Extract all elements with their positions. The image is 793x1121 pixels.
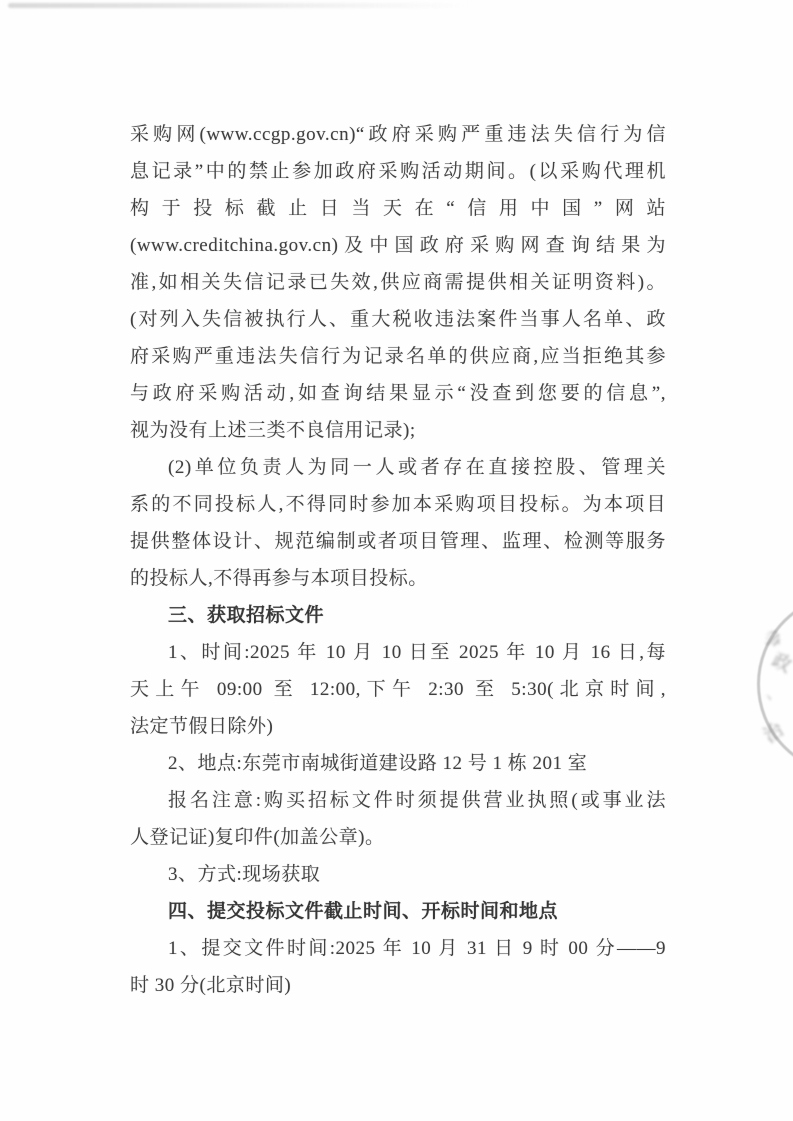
text-line: 天上午 09:00 至 12:00,下午 2:30 至 5:30(北京时间, [130, 671, 666, 708]
text-line: (www.creditchina.gov.cn)及中国政府采购网查询结果为 [130, 227, 666, 264]
seal-glyph: 治 [757, 715, 788, 748]
text-line: (对列入失信被执行人、重大税收违法案件当事人名单、政 [130, 301, 666, 338]
scan-artifact-streak [8, 3, 470, 8]
text-line: 三、获取招标文件 [130, 597, 666, 634]
partial-stamp-seal: 争 政 丶 治 [757, 593, 793, 775]
text-line: 息记录”中的禁止参加政府采购活动期间。(以采购代理机 [130, 153, 666, 190]
text-line: (2)单位负责人为同一人或者存在直接控股、管理关 [130, 449, 666, 486]
text-line: 采购网(www.ccgp.gov.cn)“政府采购严重违法失信行为信 [130, 116, 666, 153]
text-line: 准,如相关失信记录已失效,供应商需提供相关证明资料)。 [130, 264, 666, 301]
text-line: 法定节假日除外) [130, 708, 666, 745]
text-line: 构于投标截止日当天在“信用中国”网站 [130, 190, 666, 227]
document-text-block: 采购网(www.ccgp.gov.cn)“政府采购严重违法失信行为信息记录”中的… [130, 116, 666, 1004]
text-line: 提供整体设计、规范编制或者项目管理、监理、检测等服务 [130, 523, 666, 560]
text-line: 时 30 分(北京时间) [130, 967, 666, 1004]
text-line: 四、提交投标文件截止时间、开标时间和地点 [130, 893, 666, 930]
text-line: 府采购严重违法失信行为记录名单的供应商,应当拒绝其参 [130, 338, 666, 375]
text-line: 1、时间:2025 年 10 月 10 日至 2025 年 10 月 16 日,… [130, 634, 666, 671]
text-line: 2、地点:东莞市南城街道建设路 12 号 1 栋 201 室 [130, 745, 666, 782]
text-line: 视为没有上述三类不良信用记录); [130, 412, 666, 449]
text-line: 与政府采购活动,如查询结果显示“没查到您要的信息”, [130, 375, 666, 412]
text-line: 系的不同投标人,不得同时参加本采购项目投标。为本项目 [130, 486, 666, 523]
text-line: 3、方式:现场获取 [130, 856, 666, 893]
seal-glyph: 丶 [761, 688, 775, 708]
text-line: 人登记证)复印件(加盖公章)。 [130, 819, 666, 856]
text-line: 报名注意:购买招标文件时须提供营业执照(或事业法 [130, 782, 666, 819]
text-line: 1、提交文件时间:2025 年 10 月 31 日 9 时 00 分——9 [130, 930, 666, 967]
scanned-document-page: 采购网(www.ccgp.gov.cn)“政府采购严重违法失信行为信息记录”中的… [0, 0, 793, 1121]
text-line: 的投标人,不得再参与本项目投标。 [130, 560, 666, 597]
